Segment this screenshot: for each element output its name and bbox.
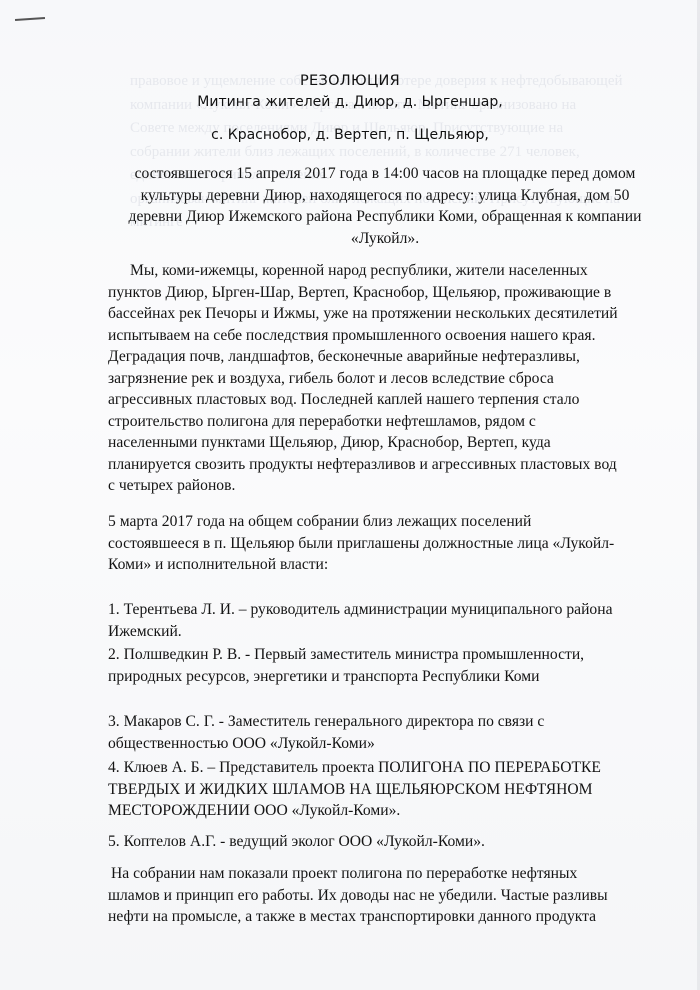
- document-subtitle-line1: Митинга жителей д. Диюр, д. Ыргеншар,: [0, 94, 700, 110]
- scanned-page: правовое и ущемление собственности и пот…: [0, 0, 700, 990]
- paragraph-line: испытываем на себе последствия промышлен…: [108, 325, 668, 347]
- paragraph-line: строительство полигона для переработки н…: [108, 411, 668, 433]
- paragraph-line: Коми» и исполнительной власти:: [108, 554, 668, 576]
- paragraph-line: населенными пунктами Щельяюр, Диюр, Крас…: [108, 432, 668, 454]
- corner-pen-mark: [15, 17, 45, 21]
- paragraph-line: агрессивных пластовых вод. Последней кап…: [108, 389, 668, 411]
- list-line: МЕСТОРОЖДЕНИИ ООО «Лукойл-Коми».: [108, 800, 678, 822]
- document-subtitle-line2: с. Краснобор, д. Вертеп, п. Щельяюр,: [0, 127, 700, 143]
- march-meeting-paragraph: 5 марта 2017 года на общем собрании близ…: [108, 511, 668, 576]
- bleed-line: собрании жители близ лежащих поселений, …: [130, 141, 690, 165]
- paragraph-line: 5 марта 2017 года на общем собрании близ…: [108, 511, 668, 533]
- meeting-info-line: деревни Диюр Ижемского района Республики…: [105, 206, 665, 228]
- official-list-item-2: 2. Полшведкин Р. В. - Первый заместитель…: [108, 644, 678, 687]
- paragraph-line: пунктов Диюр, Ырген-Шар, Вертеп, Красноб…: [108, 282, 668, 304]
- document-title: РЕЗОЛЮЦИЯ: [0, 73, 700, 89]
- paragraph-line: планируется свозить продукты нефтеразлив…: [108, 454, 668, 476]
- meeting-info: состоявшегося 15 апреля 2017 года в 14:0…: [105, 163, 665, 249]
- list-line: 2. Полшведкин Р. В. - Первый заместитель…: [108, 644, 678, 666]
- official-list-item-1: 1. Терентьева Л. И. – руководитель админ…: [108, 599, 678, 642]
- list-line: 5. Коптелов А.Г. - ведущий эколог ООО «Л…: [108, 831, 678, 853]
- meeting-info-line: культуры деревни Диюр, находящегося по а…: [105, 185, 665, 207]
- paragraph-line: бассейнах рек Печоры и Ижмы, уже на прот…: [108, 303, 668, 325]
- official-list-item-4: 4. Клюев А. Б. – Представитель проекта П…: [108, 757, 678, 822]
- paragraph-line: Мы, коми-ижемцы, коренной народ республи…: [108, 260, 668, 282]
- paragraph-line: На собрании нам показали проект полигона…: [108, 863, 668, 885]
- paragraph-line: состоявшееся в п. Щельяюр были приглашен…: [108, 533, 668, 555]
- paragraph-line: Деградация почв, ландшафтов, бесконечные…: [108, 346, 668, 368]
- intro-paragraph: Мы, коми-ижемцы, коренной народ республи…: [108, 260, 668, 497]
- list-line: 4. Клюев А. Б. – Представитель проекта П…: [108, 757, 678, 779]
- paragraph-line: с четырех районов.: [108, 475, 668, 497]
- list-line: ТВЕРДЫХ И ЖИДКИХ ШЛАМОВ НА ЩЕЛЬЯЮРСКОМ Н…: [108, 779, 678, 801]
- paragraph-line: шламов и принцип его работы. Их доводы н…: [108, 885, 668, 907]
- list-line: Ижемский.: [108, 621, 678, 643]
- list-line: 1. Терентьева Л. И. – руководитель админ…: [108, 599, 678, 621]
- official-list-item-5: 5. Коптелов А.Г. - ведущий эколог ООО «Л…: [108, 831, 678, 853]
- official-list-item-3: 3. Макаров С. Г. - Заместитель генеральн…: [108, 711, 678, 754]
- list-line: природных ресурсов, энергетики и транспо…: [108, 666, 678, 688]
- meeting-info-line: состоявшегося 15 апреля 2017 года в 14:0…: [105, 163, 665, 185]
- paragraph-line: нефти на промысле, а также в местах тран…: [108, 906, 668, 928]
- meeting-info-line: «Лукойл».: [105, 228, 665, 250]
- meeting-outcome-paragraph: На собрании нам показали проект полигона…: [108, 863, 668, 928]
- list-line: 3. Макаров С. Г. - Заместитель генеральн…: [108, 711, 678, 733]
- list-line: общественностью ООО «Лукойл-Коми»: [108, 733, 678, 755]
- paragraph-line: загрязнение рек и воздуха, гибель болот …: [108, 368, 668, 390]
